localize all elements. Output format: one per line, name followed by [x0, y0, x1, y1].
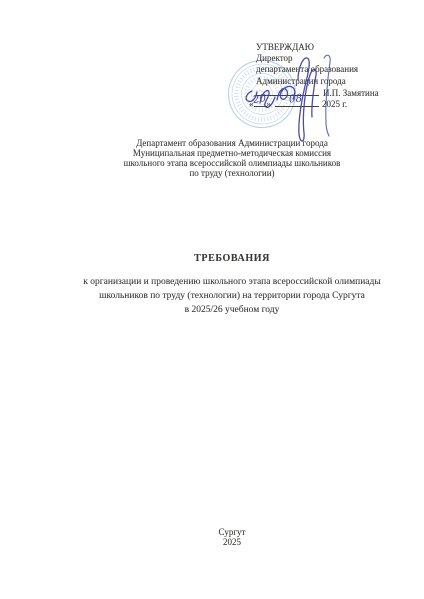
subtitle-line: в 2025/26 учебном году	[40, 304, 424, 318]
document-subtitle: к организации и проведению школьного эта…	[40, 276, 424, 317]
organization-block: Департамент образования Администрации го…	[40, 138, 424, 178]
footer-block: Сургут 2025	[40, 527, 424, 547]
subtitle-line: к организации и проведению школьного эта…	[40, 276, 424, 290]
subtitle-line: школьников по труду (технологии) на терр…	[40, 290, 424, 304]
footer-city: Сургут	[40, 527, 424, 537]
org-line: школьного этапа всероссийской олимпиады …	[40, 158, 424, 168]
document-page: УТВЕРЖДАЮ Директор департамента образова…	[0, 0, 424, 599]
document-title: ТРЕБОВАНИЯ	[40, 253, 424, 264]
org-line: Муниципальная предметно-методическая ком…	[40, 148, 424, 158]
org-line: Департамент образования Администрации го…	[40, 138, 424, 148]
signature-ink-icon	[240, 48, 342, 144]
footer-year: 2025	[40, 537, 424, 547]
org-line: по труду (технологии)	[40, 168, 424, 178]
